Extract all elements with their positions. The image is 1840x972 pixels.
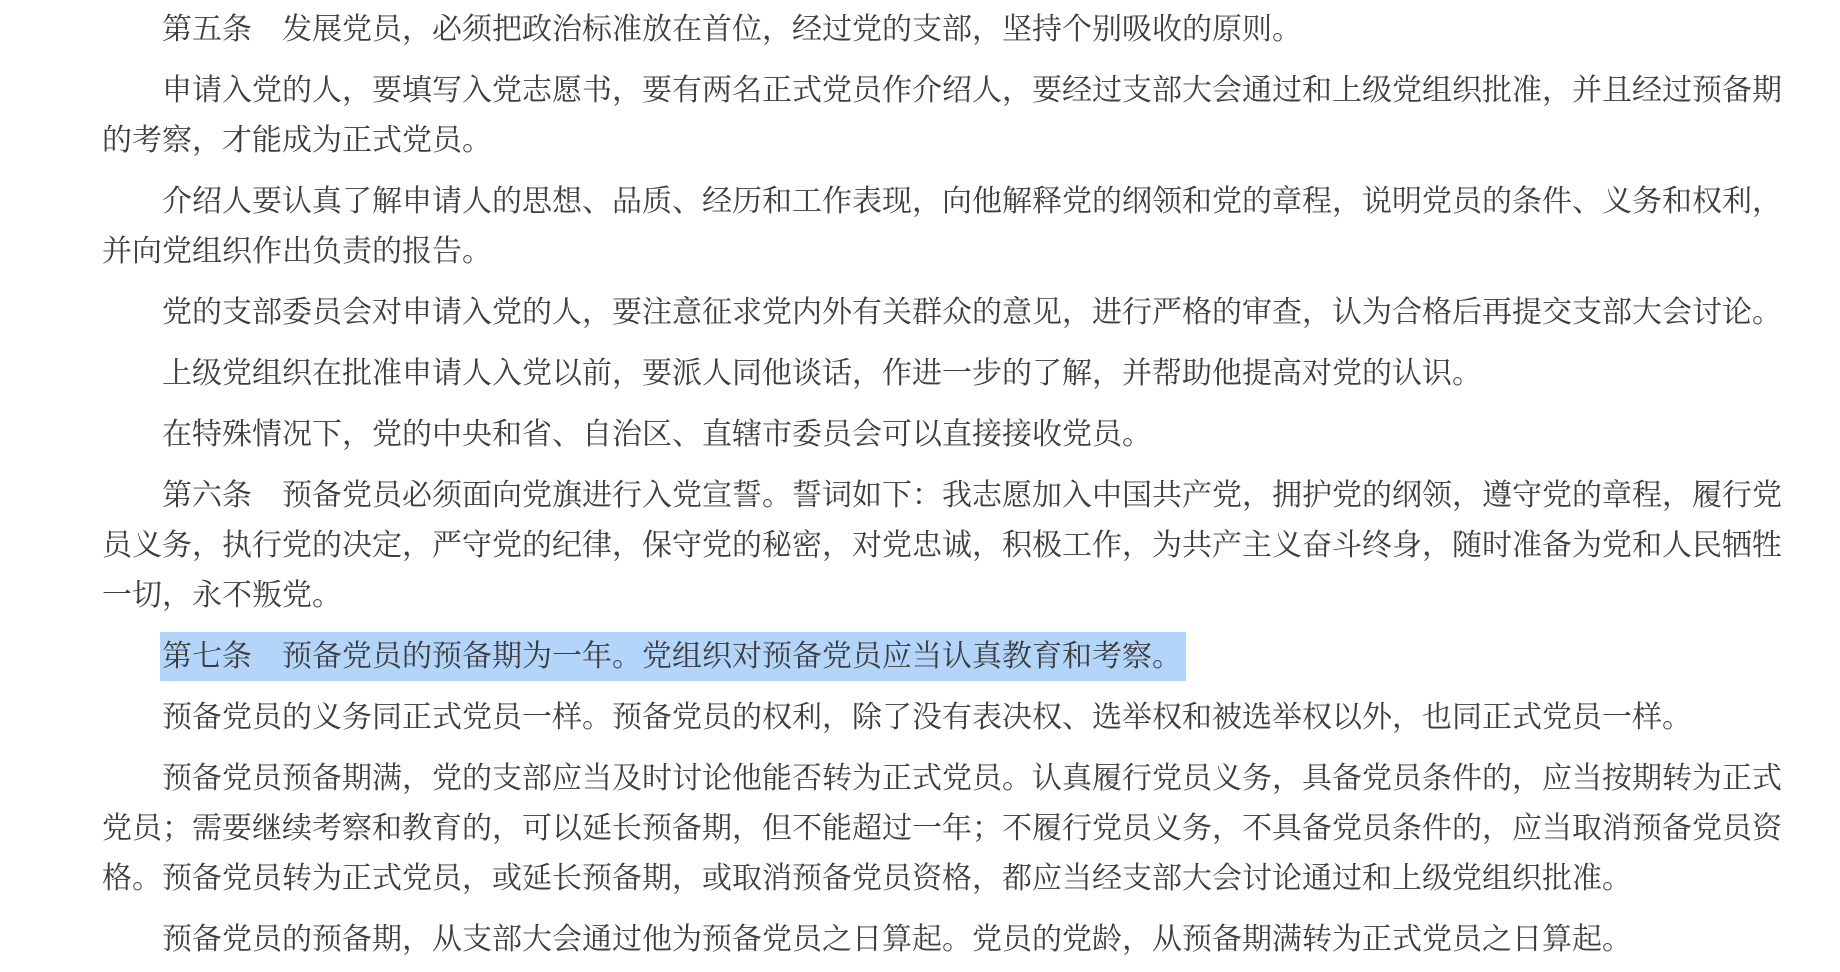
paragraph-application: 申请入党的人，要填写入党志愿书，要有两名正式党员作介绍人，要经过支部大会通过和上… [102,66,1782,166]
paragraph-probation-expiry: 预备党员预备期满，党的支部应当及时讨论他能否转为正式党员。认真履行党员义务，具备… [102,754,1782,904]
paragraph-higher-org: 上级党组织在批准申请人入党以前，要派人同他谈话，作进一步的了解，并帮助他提高对党… [102,349,1782,399]
document-body: 第五条 发展党员，必须把政治标准放在首位，经过党的支部，坚持个别吸收的原则。 申… [0,0,1840,965]
selected-text-highlight: 第七条 预备党员的预备期为一年。党组织对预备党员应当认真教育和考察。 [160,632,1186,681]
paragraph-article-5: 第五条 发展党员，必须把政治标准放在首位，经过党的支部，坚持个别吸收的原则。 [102,5,1782,55]
paragraph-special-cases: 在特殊情况下，党的中央和省、自治区、直辖市委员会可以直接接收党员。 [102,410,1782,460]
paragraph-branch-committee: 党的支部委员会对申请入党的人，要注意征求党内外有关群众的意见，进行严格的审查，认… [102,288,1782,338]
paragraph-article-7: 第七条 预备党员的预备期为一年。党组织对预备党员应当认真教育和考察。 [102,632,1782,682]
paragraph-probationary-rights: 预备党员的义务同正式党员一样。预备党员的权利，除了没有表决权、选举权和被选举权以… [102,693,1782,743]
paragraph-article-6: 第六条 预备党员必须面向党旗进行入党宣誓。誓词如下：我志愿加入中国共产党，拥护党… [102,471,1782,621]
paragraph-probation-start-date: 预备党员的预备期，从支部大会通过他为预备党员之日算起。党员的党龄，从预备期满转为… [102,915,1782,965]
paragraph-introducer: 介绍人要认真了解申请人的思想、品质、经历和工作表现，向他解释党的纲领和党的章程，… [102,177,1782,277]
